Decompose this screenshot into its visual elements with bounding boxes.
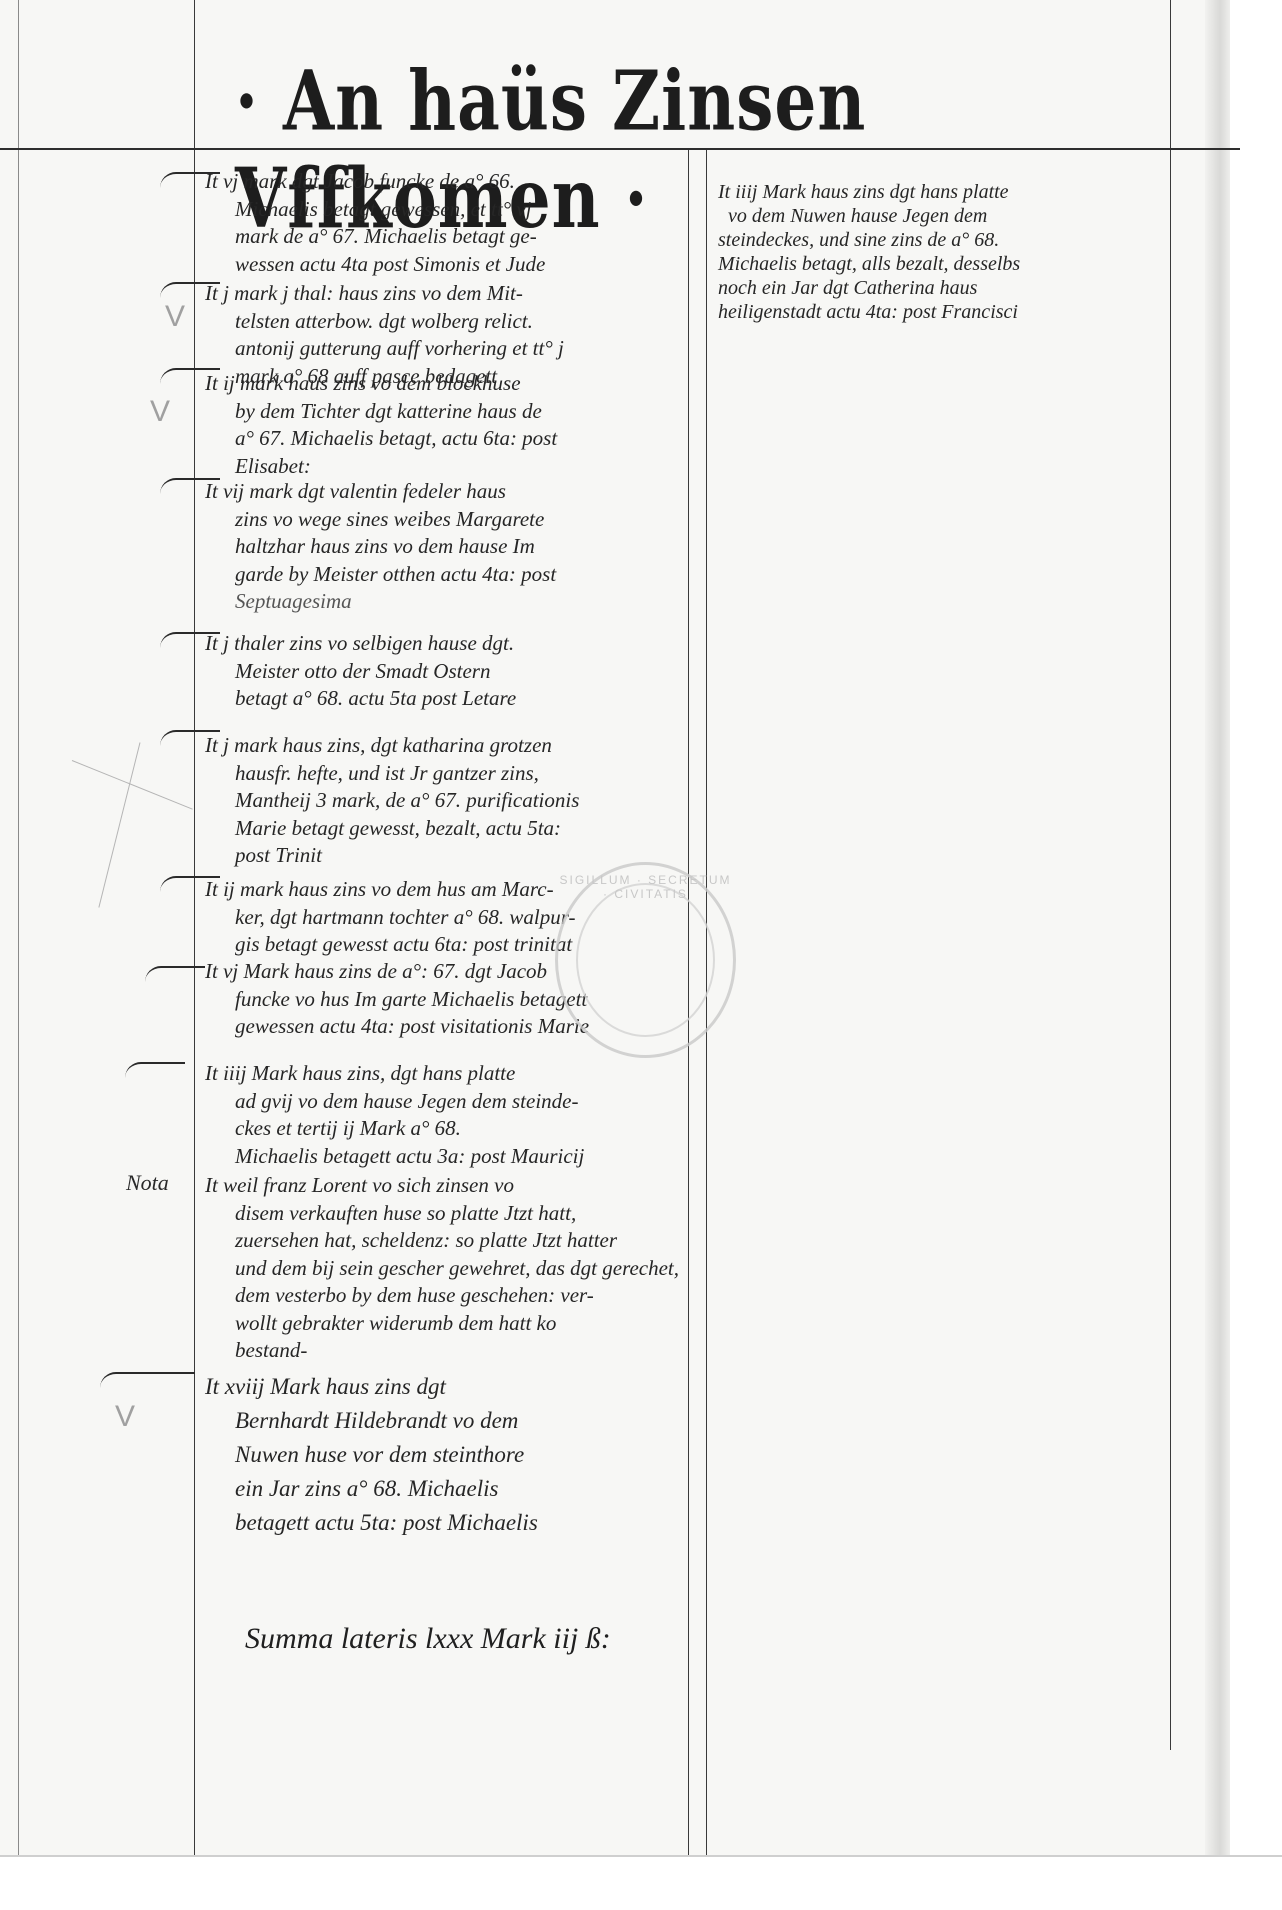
entry-bracket: [160, 368, 220, 384]
right-entry-1: It iiij Mark haus zins dgt hans platte v…: [718, 180, 1020, 324]
entry-11: It xviij Mark haus zins dgt Bernhardt Hi…: [205, 1370, 538, 1540]
right-margin-rule: [1170, 0, 1171, 1750]
outer-left-rule: [18, 0, 19, 1855]
entry-3: It ij mark haus zins vo dem blockhuse by…: [205, 370, 557, 480]
scan-background: [0, 1855, 1282, 1910]
check-mark: V: [150, 395, 170, 429]
page-sum-total: Summa lateris lxxx Mark iij ß:: [245, 1622, 611, 1656]
seal-inscription: SIGILLUM · SECRETUM · CIVITATIS: [558, 873, 733, 901]
entry-bracket: [125, 1062, 185, 1078]
entry-6: It j mark haus zins, dgt katharina grotz…: [205, 732, 579, 870]
check-mark: V: [165, 300, 185, 334]
margin-note-nota: Nota: [126, 1170, 169, 1196]
check-mark: V: [115, 1400, 135, 1434]
entry-bracket: [160, 478, 220, 494]
page-edge-shadow: [1205, 0, 1230, 1865]
entry-bracket: [145, 966, 205, 982]
entry-bracket: [160, 876, 220, 892]
entry-5: It j thaler zins vo selbigen hause dgt. …: [205, 630, 516, 713]
entry-7: It ij mark haus zins vo dem hus am Marc-…: [205, 876, 575, 959]
entry-1: It vj mark dgt Jacob funcke de a° 66. Mi…: [205, 168, 545, 278]
entry-8: It vj Mark haus zins de a°: 67. dgt Jaco…: [205, 958, 589, 1041]
entry-bracket: [100, 1372, 195, 1388]
left-margin-rule: [194, 0, 195, 1855]
entry-bracket: [160, 282, 220, 298]
entry-9: It iiij Mark haus zins, dgt hans platte …: [205, 1060, 584, 1170]
entry-4: It vij mark dgt valentin fedeler haus zi…: [205, 478, 556, 616]
entry-bracket: [160, 730, 220, 746]
seal-inner-ring: [576, 883, 715, 1037]
entry-bracket: [160, 632, 220, 648]
archive-stamp-seal: SIGILLUM · SECRETUM · CIVITATIS: [555, 862, 736, 1058]
entry-10: It weil franz Lorent vo sich zinsen vo d…: [205, 1172, 679, 1365]
entry-bracket: [160, 172, 220, 188]
